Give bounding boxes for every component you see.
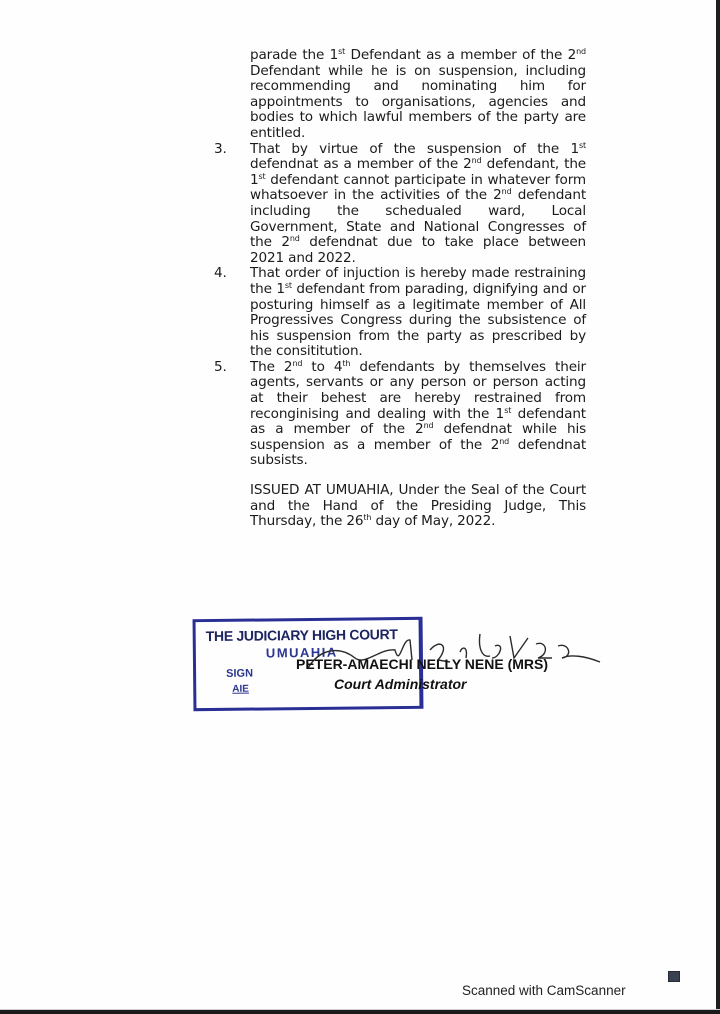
camscanner-watermark: Scanned with CamScanner — [462, 983, 626, 998]
signatory-name: PETER-AMAECHI NELLY NENE (MRS) — [296, 656, 548, 672]
list-item-text: That by virtue of the suspension of the … — [250, 141, 586, 266]
list-item: 5. The 2nd to 4th defendants by themselv… — [250, 360, 586, 469]
continuation-paragraph: parade the 1st Defendant as a member of … — [250, 48, 586, 142]
stamp-date-label: AIE — [232, 684, 249, 695]
list-item-number: 3. — [214, 142, 244, 158]
list-item: 4. That order of injuction is hereby mad… — [250, 266, 586, 360]
scan-bottom-edge — [0, 1009, 720, 1014]
issued-statement: ISSUED AT UMUAHIA, Under the Seal of the… — [250, 483, 586, 530]
stamp-sign-label: SIGN — [226, 668, 253, 680]
document-page: parade the 1st Defendant as a member of … — [214, 48, 586, 530]
list-item-text: That order of injuction is hereby made r… — [250, 265, 586, 359]
list-item-number: 4. — [214, 266, 244, 282]
list-item: 3. That by virtue of the suspension of t… — [250, 142, 586, 267]
signatory-role: Court Administrator — [334, 676, 466, 692]
scan-right-edge — [716, 0, 720, 1014]
camscanner-logo-icon — [668, 971, 680, 982]
list-item-number: 5. — [214, 360, 244, 376]
list-item-text: The 2nd to 4th defendants by themselves … — [250, 359, 586, 469]
